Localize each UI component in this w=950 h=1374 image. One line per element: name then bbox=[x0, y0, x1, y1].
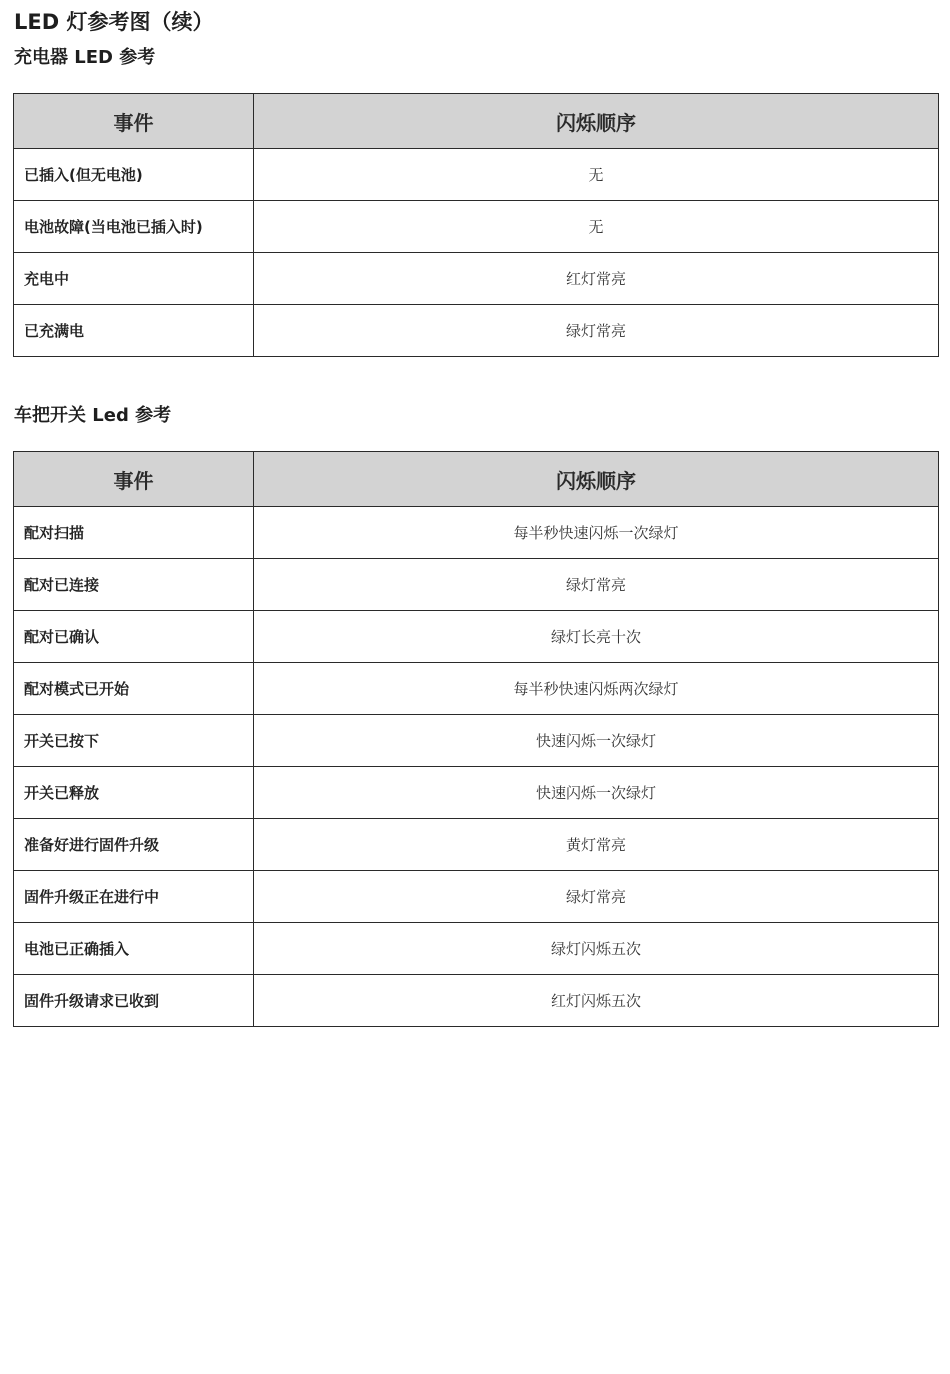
column-header-sequence: 闪烁顺序 bbox=[254, 452, 939, 507]
event-cell: 配对扫描 bbox=[14, 507, 254, 559]
event-cell: 开关已释放 bbox=[14, 767, 254, 819]
sequence-cell: 每半秒快速闪烁两次绿灯 bbox=[254, 663, 939, 715]
sequence-cell: 无 bbox=[254, 149, 939, 201]
table-row: 已充满电 绿灯常亮 bbox=[14, 305, 939, 357]
sequence-cell: 绿灯长亮十次 bbox=[254, 611, 939, 663]
event-cell: 固件升级正在进行中 bbox=[14, 871, 254, 923]
sequence-cell: 黄灯常亮 bbox=[254, 819, 939, 871]
sequence-cell: 绿灯常亮 bbox=[254, 559, 939, 611]
sequence-cell: 红灯常亮 bbox=[254, 253, 939, 305]
event-cell: 固件升级请求已收到 bbox=[14, 975, 254, 1027]
charger-led-table: 事件 闪烁顺序 已插入(但无电池) 无 电池故障(当电池已插入时) 无 充电中 … bbox=[13, 93, 939, 357]
sequence-cell: 无 bbox=[254, 201, 939, 253]
event-cell: 配对模式已开始 bbox=[14, 663, 254, 715]
charger-led-section-title: 充电器 LED 参考 bbox=[14, 46, 155, 70]
table-row: 配对已确认 绿灯长亮十次 bbox=[14, 611, 939, 663]
table-row: 电池故障(当电池已插入时) 无 bbox=[14, 201, 939, 253]
event-cell: 已充满电 bbox=[14, 305, 254, 357]
sequence-cell: 绿灯常亮 bbox=[254, 871, 939, 923]
table-row: 固件升级请求已收到 红灯闪烁五次 bbox=[14, 975, 939, 1027]
handlebar-switch-led-section-title: 车把开关 Led 参考 bbox=[14, 404, 171, 428]
sequence-cell: 快速闪烁一次绿灯 bbox=[254, 715, 939, 767]
sequence-cell: 红灯闪烁五次 bbox=[254, 975, 939, 1027]
sequence-cell: 绿灯常亮 bbox=[254, 305, 939, 357]
table-row: 已插入(但无电池) 无 bbox=[14, 149, 939, 201]
event-cell: 充电中 bbox=[14, 253, 254, 305]
page-title: LED 灯参考图（续） bbox=[14, 8, 213, 36]
table-row: 开关已按下 快速闪烁一次绿灯 bbox=[14, 715, 939, 767]
sequence-cell: 每半秒快速闪烁一次绿灯 bbox=[254, 507, 939, 559]
event-cell: 准备好进行固件升级 bbox=[14, 819, 254, 871]
sequence-cell: 绿灯闪烁五次 bbox=[254, 923, 939, 975]
event-cell: 电池故障(当电池已插入时) bbox=[14, 201, 254, 253]
table-row: 准备好进行固件升级 黄灯常亮 bbox=[14, 819, 939, 871]
table-row: 配对扫描 每半秒快速闪烁一次绿灯 bbox=[14, 507, 939, 559]
table-row: 充电中 红灯常亮 bbox=[14, 253, 939, 305]
table-header-row: 事件 闪烁顺序 bbox=[14, 94, 939, 149]
event-cell: 开关已按下 bbox=[14, 715, 254, 767]
event-cell: 配对已确认 bbox=[14, 611, 254, 663]
event-cell: 已插入(但无电池) bbox=[14, 149, 254, 201]
table-row: 电池已正确插入 绿灯闪烁五次 bbox=[14, 923, 939, 975]
sequence-cell: 快速闪烁一次绿灯 bbox=[254, 767, 939, 819]
handlebar-switch-led-table: 事件 闪烁顺序 配对扫描 每半秒快速闪烁一次绿灯 配对已连接 绿灯常亮 配对已确… bbox=[13, 451, 939, 1027]
table-row: 固件升级正在进行中 绿灯常亮 bbox=[14, 871, 939, 923]
event-cell: 配对已连接 bbox=[14, 559, 254, 611]
table-row: 开关已释放 快速闪烁一次绿灯 bbox=[14, 767, 939, 819]
table-row: 配对已连接 绿灯常亮 bbox=[14, 559, 939, 611]
column-header-event: 事件 bbox=[14, 94, 254, 149]
column-header-sequence: 闪烁顺序 bbox=[254, 94, 939, 149]
column-header-event: 事件 bbox=[14, 452, 254, 507]
table-row: 配对模式已开始 每半秒快速闪烁两次绿灯 bbox=[14, 663, 939, 715]
event-cell: 电池已正确插入 bbox=[14, 923, 254, 975]
table-header-row: 事件 闪烁顺序 bbox=[14, 452, 939, 507]
